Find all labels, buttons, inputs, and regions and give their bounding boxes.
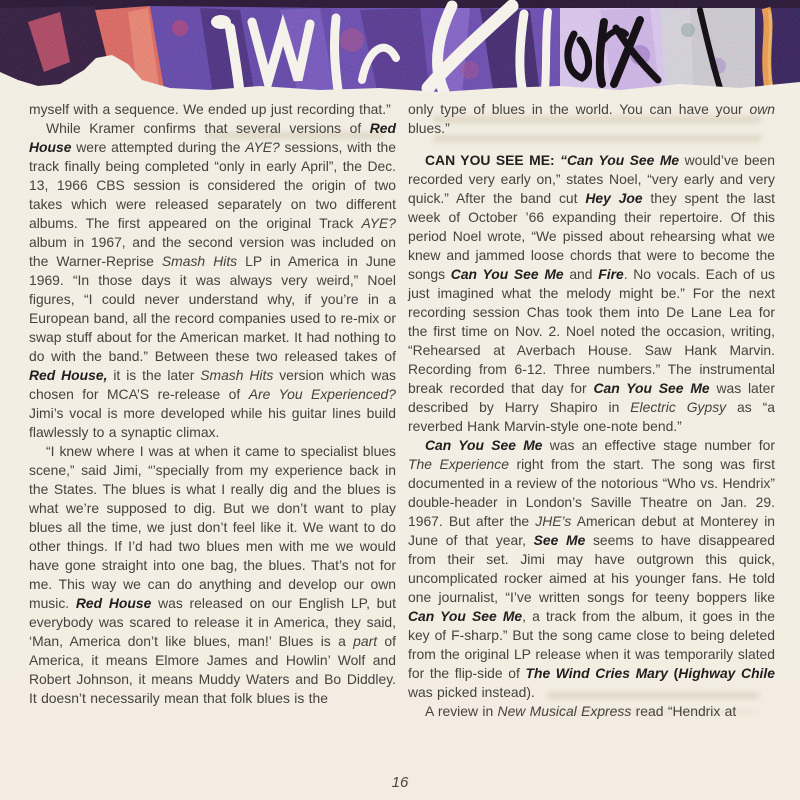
paragraph: Can You See Me was an effective stage nu…: [408, 436, 775, 702]
paragraph: only type of blues in the world. You can…: [408, 100, 775, 138]
paragraph: While Kramer confirms that several versi…: [29, 119, 396, 442]
paragraph: CAN YOU SEE ME: “Can You See Me would’ve…: [408, 151, 775, 436]
text-run: only type of blues in the world. You can…: [408, 101, 750, 117]
text-run: Fire: [598, 266, 623, 282]
text-column-left: myself with a sequence. We ended up just…: [29, 100, 396, 721]
text-run: and: [564, 266, 599, 282]
text-run: JHE’s: [535, 513, 571, 529]
text-run: AYE?: [362, 215, 397, 231]
text-run: Are You Experienced?: [249, 386, 396, 402]
page-number: 16: [0, 774, 800, 791]
text-run: Can You See Me: [425, 437, 543, 453]
paragraph: myself with a sequence. We ended up just…: [29, 100, 396, 119]
text-run: “I knew where I was at when it came to s…: [29, 443, 396, 611]
text-run: The Experience: [408, 456, 509, 472]
text-run: Smash Hits: [200, 367, 273, 383]
text-run: blues.”: [408, 120, 450, 136]
text-run: CAN YOU SEE ME:: [425, 152, 560, 168]
page-body: myself with a sequence. We ended up just…: [29, 100, 775, 721]
text-run: Can You See Me: [408, 608, 522, 624]
text-run: Can You See Me: [451, 266, 564, 282]
text-run: was picked instead).: [408, 684, 535, 700]
text-run: . No vocals. Each of us just imagined wh…: [408, 266, 775, 396]
text-run: The Wind Cries Mary: [525, 665, 668, 681]
text-run: (: [668, 665, 678, 681]
text-run: Electric Gypsy: [630, 399, 726, 415]
text-run: Hey Joe: [585, 190, 642, 206]
header-artwork: [0, 0, 800, 95]
text-run: own: [750, 101, 775, 117]
text-run: were attempted during the: [71, 139, 245, 155]
text-run: A review in: [425, 703, 498, 719]
text-run: Jimi’s vocal is more developed while his…: [29, 405, 396, 440]
text-run: part: [353, 633, 377, 649]
text-run: See Me: [534, 532, 586, 548]
paragraph: “I knew where I was at when it came to s…: [29, 442, 396, 708]
text-column-right: only type of blues in the world. You can…: [408, 100, 775, 721]
text-run: myself with a sequence. We ended up just…: [29, 101, 391, 117]
text-run: was an effective stage number for: [543, 437, 775, 453]
text-run: Smash Hits: [162, 253, 237, 269]
text-run: Red House: [76, 595, 151, 611]
text-run: While Kramer confirms that several versi…: [46, 120, 370, 136]
abstract-collage-graphic: [0, 0, 800, 95]
text-run: LP in America in June 1969. “In those da…: [29, 253, 396, 364]
text-run: “Can You See Me: [560, 152, 679, 168]
text-run: Highway Chile: [678, 665, 775, 681]
text-run: Can You See Me: [593, 380, 709, 396]
text-run: AYE?: [245, 139, 280, 155]
text-run: read “Hendrix at: [631, 703, 736, 719]
text-run: New Musical Express: [498, 703, 632, 719]
paragraph: A review in New Musical Express read “He…: [408, 702, 775, 721]
text-run: Red House,: [29, 367, 107, 383]
text-run: it is the later: [107, 367, 200, 383]
